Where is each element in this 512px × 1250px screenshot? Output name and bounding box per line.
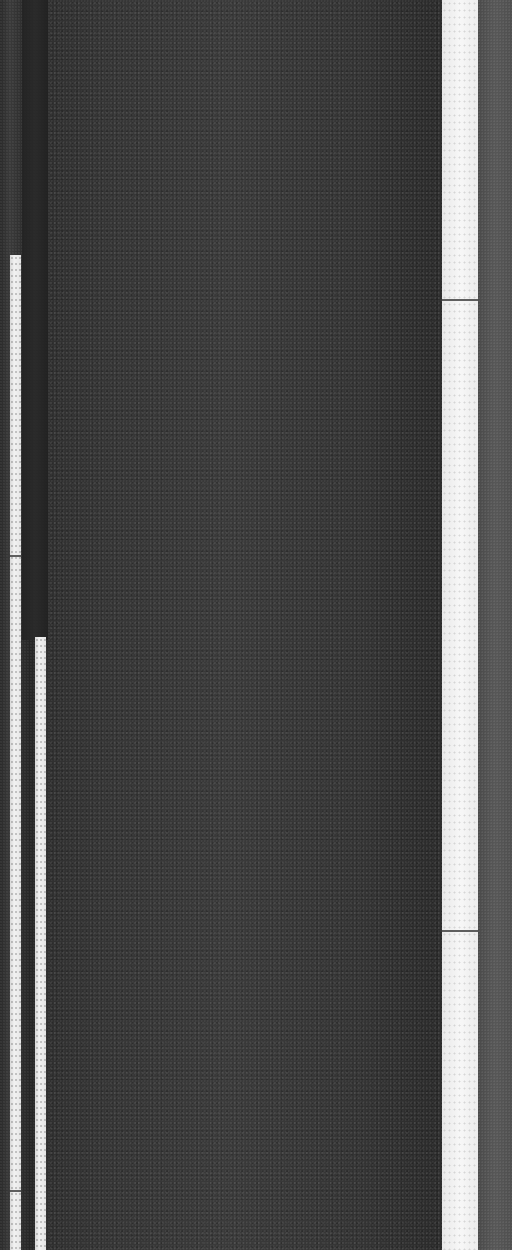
pavement-crack <box>8 1190 22 1192</box>
left-dark-pavement-band <box>22 0 48 640</box>
left-inner-lane-line <box>35 637 46 1250</box>
left-outer-lane-line <box>10 255 21 1250</box>
right-edge-line <box>442 0 478 1250</box>
pavement-crack <box>440 930 478 932</box>
road-scene: Aerial top-down view of an asphalt road … <box>0 0 512 1250</box>
right-shoulder <box>478 0 512 1250</box>
pavement-crack <box>440 299 478 301</box>
pavement-crack <box>8 555 22 557</box>
